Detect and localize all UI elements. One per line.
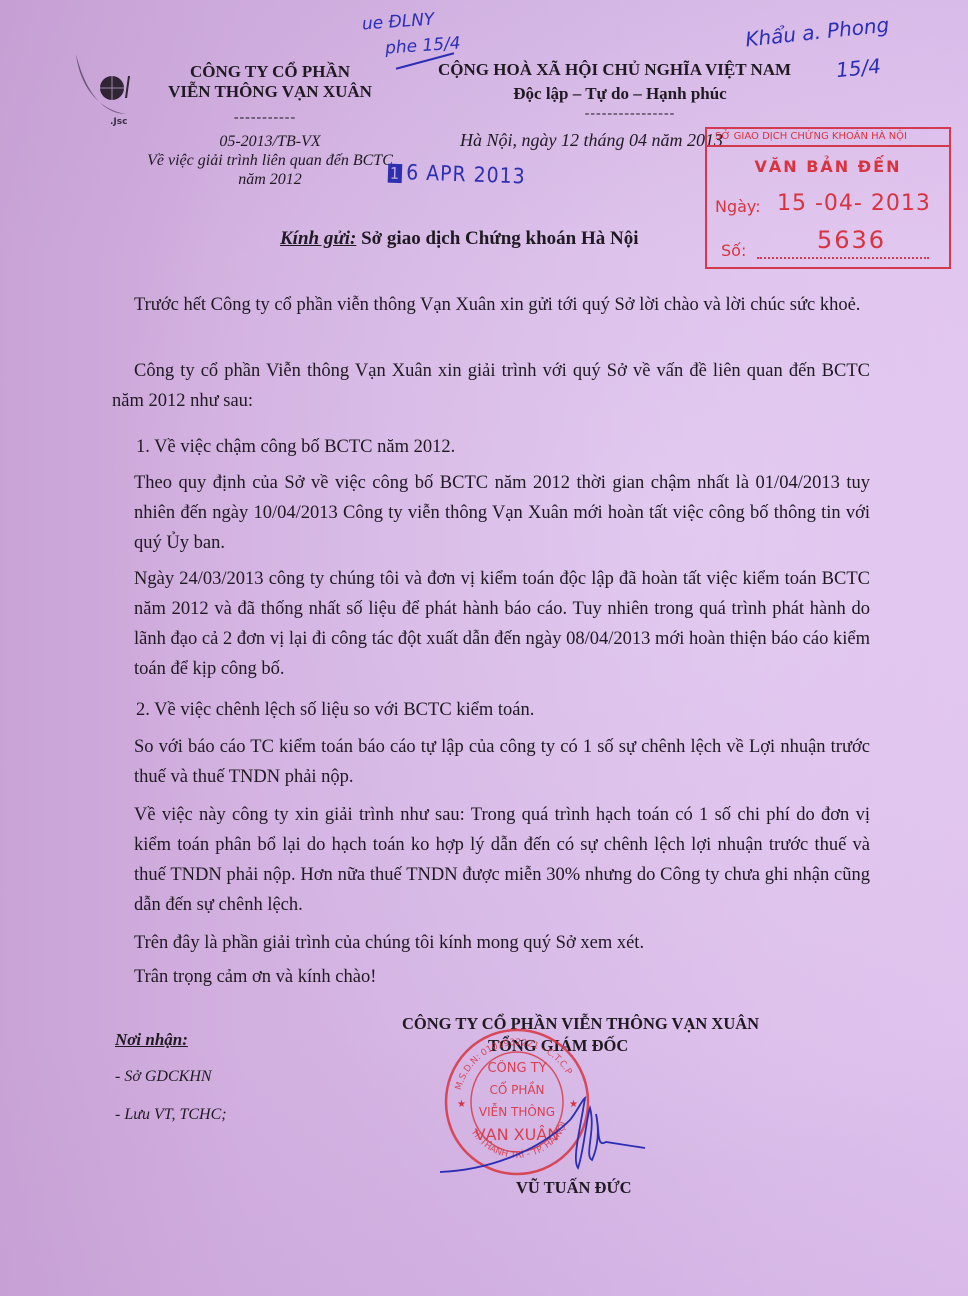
section-heading-1: 1. Về việc chậm công bố BCTC năm 2012. (136, 432, 894, 462)
stamp-number-value: 5636 (817, 226, 886, 254)
body-paragraph-thanks: Trân trọng cảm ơn và kính chào! (134, 962, 870, 992)
national-motto: Độc lập – Tự do – Hạnh phúc (420, 84, 820, 104)
company-name-line2: VIỄN THÔNG VẠN XUÂN (140, 82, 400, 102)
document-subject-line2: năm 2012 (110, 170, 430, 189)
paragraph-text: Công ty cổ phần Viễn thông Vạn Xuân xin … (112, 356, 870, 416)
recipient-line: Kính gửi: Sở giao dịch Chứng khoán Hà Nộ… (280, 228, 639, 250)
place-and-date: Hà Nội, ngày 12 tháng 04 năm 2013 (460, 130, 723, 151)
recipient-label: Kính gửi: (280, 228, 356, 249)
body-paragraph-intro: Công ty cổ phần Viễn thông Vạn Xuân xin … (112, 356, 870, 416)
national-title: CỘNG HOÀ XÃ HỘI CHỦ NGHĨA VIỆT NAM (438, 60, 838, 80)
paragraph-text: Trước hết Công ty cổ phần viễn thông Vạn… (112, 290, 870, 320)
svg-text:.Jsc: .Jsc (110, 117, 127, 127)
recipient-value: Sở giao dịch Chứng khoán Hà Nội (356, 228, 638, 249)
paragraph-text: Trên đây là phần giải trình của chúng tô… (134, 928, 870, 958)
svg-text:CÔNG TY: CÔNG TY (487, 1060, 546, 1076)
body-paragraph-difference: So với báo cáo TC kiểm toán báo cáo tự l… (134, 732, 870, 792)
company-name-line1: CÔNG TY CỔ PHẦN (140, 62, 400, 82)
header-right-divider: ---------------- (555, 106, 705, 122)
paragraph-text: Ngày 24/03/2013 công ty chúng tôi và đơn… (134, 564, 870, 684)
handwritten-note-left-line1: ue ĐLNY (361, 9, 435, 34)
received-date-stamp: 16 APR 2013 (388, 160, 526, 189)
received-date-rest: 6 APR 2013 (406, 160, 526, 188)
body-paragraph-greeting: Trước hết Công ty cổ phần viễn thông Vạn… (112, 290, 870, 320)
stamp-header: SỞ GIAO DỊCH CHỨNG KHOÁN HÀ NỘI (707, 129, 949, 147)
recipients-item: - Lưu VT, TCHC; (115, 1106, 227, 1124)
recipients-title: Nơi nhận: (115, 1030, 188, 1050)
incoming-document-stamp: SỞ GIAO DỊCH CHỨNG KHOÁN HÀ NỘI VĂN BẢN … (705, 127, 951, 269)
received-date-day-box: 1 (388, 164, 403, 183)
body-paragraph-closing: Trên đây là phần giải trình của chúng tô… (134, 928, 870, 958)
stamp-number-label: Số: (721, 241, 746, 260)
handwritten-note-right-line1: Khẩu a. Phong (744, 13, 890, 52)
body-paragraph-regulation: Theo quy định của Sở về việc công bố BCT… (134, 468, 870, 558)
paragraph-text: Về việc này công ty xin giải trình như s… (134, 800, 870, 920)
stamp-dotted-line (757, 257, 929, 259)
company-name: CÔNG TY CỔ PHẦN VIỄN THÔNG VẠN XUÂN (140, 62, 400, 102)
handwritten-signature-icon (410, 1090, 740, 1190)
stamp-date-label: Ngày: (715, 197, 761, 216)
section-heading-2: 2. Về việc chênh lệch số liệu so với BCT… (136, 695, 894, 725)
body-paragraph-audit: Ngày 24/03/2013 công ty chúng tôi và đơn… (134, 564, 870, 684)
body-paragraph-explanation: Về việc này công ty xin giải trình như s… (134, 800, 870, 920)
stamp-title: VĂN BẢN ĐẾN (707, 157, 949, 176)
document-number-block: 05-2013/TB-VX Về việc giải trình liên qu… (110, 132, 430, 189)
paragraph-text: Theo quy định của Sở về việc công bố BCT… (134, 468, 870, 558)
document-subject-line1: Về việc giải trình liên quan đến BCTC (110, 151, 430, 170)
stamp-date-value: 15 -04- 2013 (777, 191, 931, 216)
header-left-divider: ----------- (190, 110, 340, 126)
signature-name: VŨ TUẤN ĐỨC (516, 1178, 632, 1198)
paragraph-text: So với báo cáo TC kiểm toán báo cáo tự l… (134, 732, 870, 792)
company-logo-icon: .Jsc (70, 48, 140, 128)
recipients-item: - Sở GDCKHN (115, 1068, 212, 1086)
paragraph-text: Trân trọng cảm ơn và kính chào! (134, 962, 870, 992)
document-number: 05-2013/TB-VX (110, 132, 430, 151)
handwritten-note-right-line2: 15/4 (835, 54, 882, 83)
